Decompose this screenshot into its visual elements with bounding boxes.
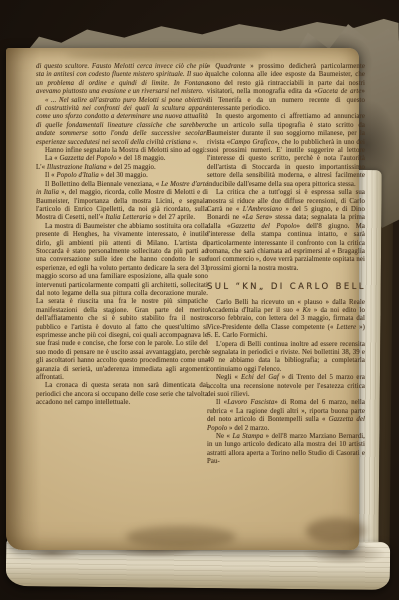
gutter-shadow bbox=[6, 48, 40, 550]
paragraph: Hanno infine segnalato la Mostra di Melo… bbox=[36, 147, 208, 155]
text-run: Popolo d'Italia bbox=[56, 172, 98, 179]
paper-stain bbox=[126, 526, 236, 548]
text-run: Quadrante bbox=[215, 63, 245, 70]
text-run: La Sera bbox=[246, 214, 269, 221]
text-run: « ... Nel salire all'astratto puro Melot… bbox=[36, 97, 208, 146]
section-heading: SUL “KN„ DI CARLO BELLI bbox=[207, 283, 365, 291]
text-run: Gaceta de arte bbox=[318, 88, 362, 95]
text-run: » del 25 maggio. bbox=[107, 164, 156, 171]
text-run: La Stampa bbox=[232, 433, 263, 440]
text-run: Il « bbox=[216, 399, 227, 406]
text-run: L'opera di Belli continua inoltre ad ess… bbox=[207, 341, 365, 373]
text-run: » dell'8 giugno. Ma l'interesse della st… bbox=[207, 223, 365, 272]
text-run: Echi del Gaf bbox=[241, 374, 279, 381]
text-run: Italia Letteraria bbox=[105, 214, 151, 221]
text-run: La mostra di Baumeister che abbiamo sost… bbox=[36, 223, 208, 381]
text-run: » del 30 maggio. bbox=[99, 172, 148, 179]
paragraph: Ne « La Stampa » dell'8 marzo Marziano B… bbox=[207, 433, 365, 467]
text-run: « bbox=[207, 63, 215, 70]
text-run: Gazzetta del Popolo bbox=[231, 223, 297, 230]
text-run: » del 2 marzo. bbox=[227, 425, 269, 432]
paragraph: In questo argomento ci affrettiamo ad an… bbox=[207, 113, 365, 189]
text-run: » del 27 aprile. bbox=[151, 214, 195, 221]
text-run: Campo Grafico bbox=[230, 139, 274, 146]
text-run: Negli « bbox=[216, 374, 241, 381]
text-run: Lettere bbox=[336, 324, 356, 331]
text-run: Gazzetta del Popolo bbox=[59, 155, 116, 162]
paragraph: « Quadrante » prossimo dedicherà partico… bbox=[207, 63, 365, 113]
text-run: di questo scultore. Fausto Melotti cerca… bbox=[36, 63, 208, 95]
paragraph: di questo scultore. Fausto Melotti cerca… bbox=[36, 63, 208, 97]
text-run: L'« bbox=[36, 164, 47, 171]
photo-background: di questo scultore. Fausto Melotti cerca… bbox=[0, 0, 399, 600]
text-run: » del 18 maggio. bbox=[117, 155, 166, 162]
left-column: di questo scultore. Fausto Melotti cerca… bbox=[36, 63, 208, 537]
text-run: », che lo pubblicherà in uno dei suoi pr… bbox=[207, 139, 365, 188]
book-page: di questo scultore. Fausto Melotti cerca… bbox=[6, 48, 359, 550]
right-column: « Quadrante » prossimo dedicherà partico… bbox=[207, 63, 365, 549]
paragraph: La critica che a tutt'oggi si è espressa… bbox=[207, 189, 365, 273]
text-run: Hanno infine segnalato la Mostra di Melo… bbox=[45, 147, 207, 154]
text-run: Ne « bbox=[216, 433, 232, 440]
paragraph: La mostra di Baumeister che abbiamo sost… bbox=[36, 223, 208, 383]
text-run: Illustrazione Italiana bbox=[47, 164, 107, 171]
paper-stain bbox=[66, 50, 266, 60]
text-run: Kn bbox=[303, 307, 311, 314]
paragraph: Il « Popolo d'Italia » del 30 maggio. bbox=[36, 172, 208, 180]
paragraph: La cronaca di questa serata non sarà dim… bbox=[36, 382, 208, 407]
paragraph: Negli « Echi del Gaf » di Trento del 5 m… bbox=[207, 374, 365, 399]
paper-stain bbox=[306, 518, 366, 544]
text-run: Il Bollettino della Biennale veneziana, … bbox=[45, 181, 161, 188]
text-run: L'Ambrosiano bbox=[243, 206, 282, 213]
paragraph: La « Gazzetta del Popolo » del 18 maggio… bbox=[36, 155, 208, 163]
text-run: Il « bbox=[45, 172, 56, 179]
text-run: La cronaca di questa serata non sarà dim… bbox=[36, 382, 208, 406]
paragraph: « ... Nel salire all'astratto puro Melot… bbox=[36, 97, 208, 147]
paragraph: Il «Lavoro Fascista» di Roma del 6 marzo… bbox=[207, 399, 365, 433]
paragraph: Il Bollettino della Biennale veneziana, … bbox=[36, 181, 208, 223]
text-run: La « bbox=[45, 155, 59, 162]
paragraph: L'opera di Belli continua inoltre ad ess… bbox=[207, 341, 365, 375]
paragraph: L'« Illustrazione Italiana » del 25 magg… bbox=[36, 164, 208, 172]
text-run: Lavoro Fascista bbox=[227, 399, 274, 406]
paragraph: Carlo Belli ha ricevuto un « plauso » da… bbox=[207, 299, 365, 341]
